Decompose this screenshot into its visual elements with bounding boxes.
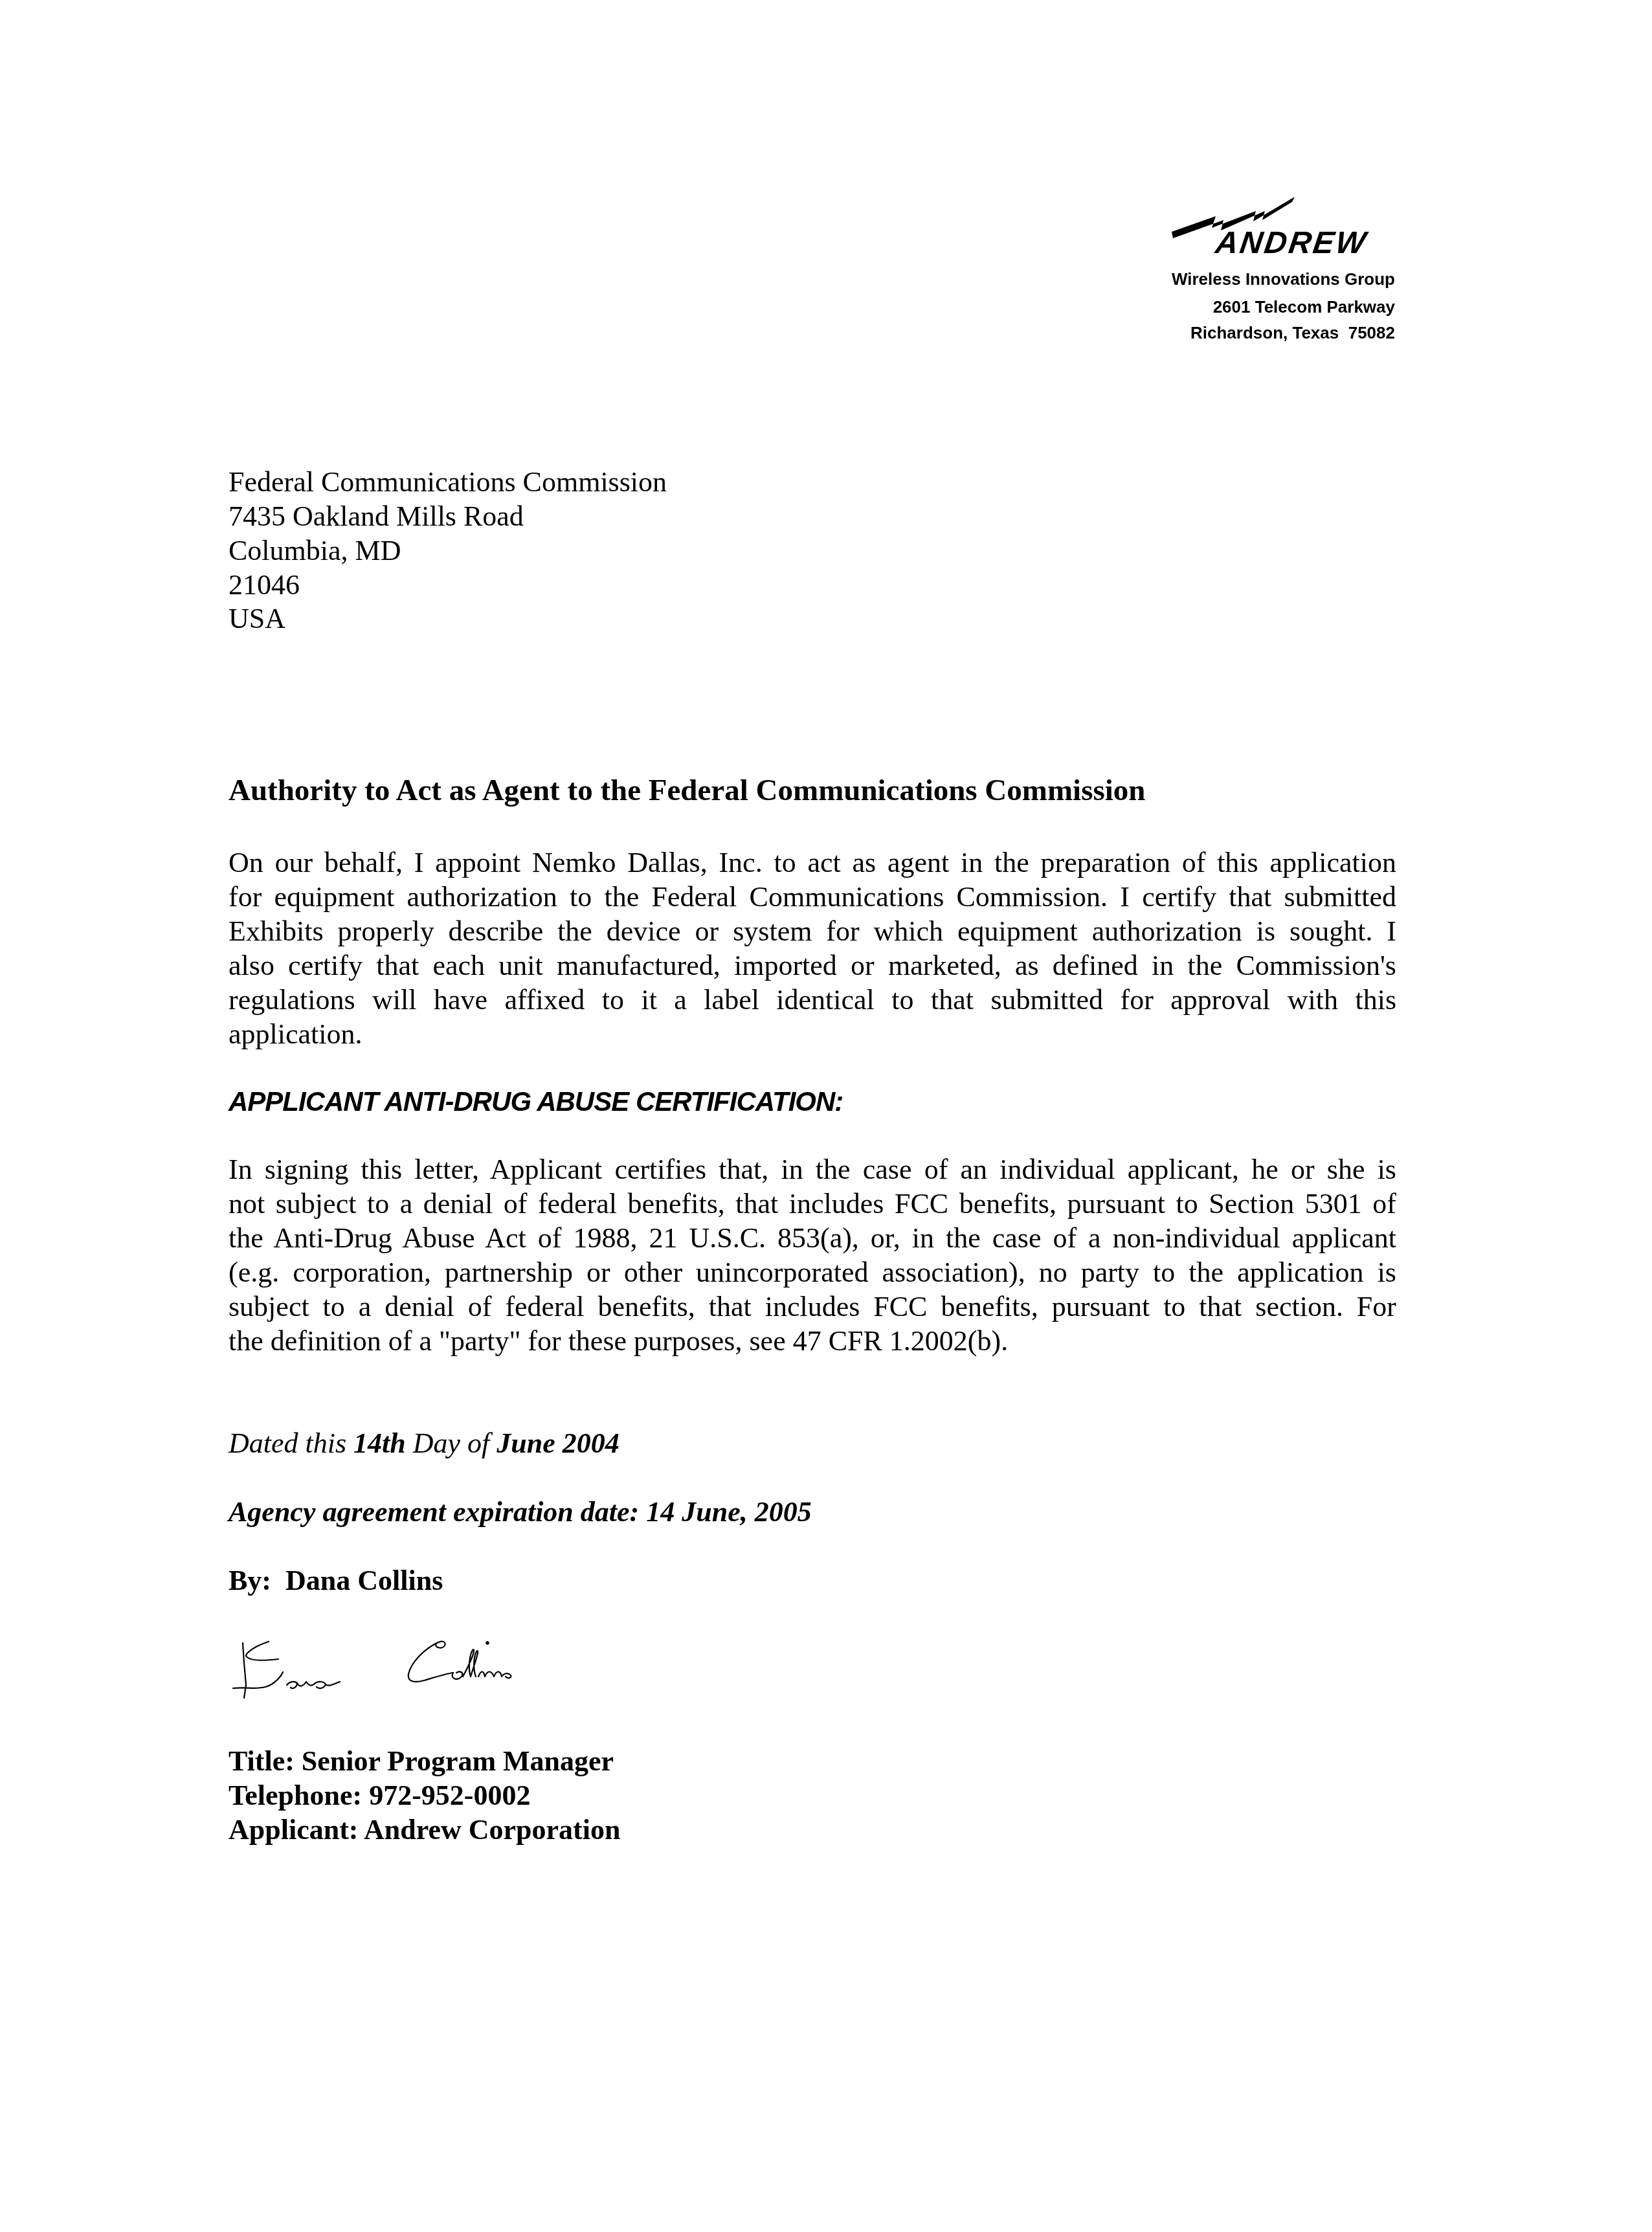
dated-month-year: June 2004 bbox=[497, 1427, 619, 1459]
letterhead-street: 2601 Telecom Parkway bbox=[1213, 297, 1395, 317]
title-line: Title: Senior Program Manager bbox=[229, 1745, 614, 1778]
letterhead-division: Wireless Innovations Group bbox=[1172, 269, 1395, 289]
recipient-street: 7435 Oakland Mills Road bbox=[229, 500, 524, 533]
applicant-value: Andrew Corporation bbox=[364, 1814, 620, 1846]
certification-heading: APPLICANT ANTI-DRUG ABUSE CERTIFICATION: bbox=[229, 1086, 843, 1118]
andrew-logo: ANDREW bbox=[1165, 188, 1405, 262]
applicant-label: Applicant: bbox=[229, 1814, 358, 1846]
signer-name: Dana Collins bbox=[285, 1565, 443, 1596]
expiration-line: Agency agreement expiration date: 14 Jun… bbox=[229, 1496, 812, 1528]
agent-paragraph-line: also certify that each unit manufactured… bbox=[229, 950, 1396, 982]
certification-line: the Anti-Drug Abuse Act of 1988, 21 U.S.… bbox=[229, 1222, 1396, 1255]
by-label: By: bbox=[229, 1565, 271, 1596]
agent-paragraph-line: Exhibits properly describe the device or… bbox=[229, 915, 1396, 948]
dated-prefix: Dated this bbox=[229, 1427, 353, 1459]
certification-line: not subject to a denial of federal benef… bbox=[229, 1188, 1396, 1220]
letterhead-city: Richardson, Texas 75082 bbox=[1190, 323, 1395, 342]
recipient-city-state: Columbia, MD bbox=[229, 535, 401, 567]
certification-line: In signing this letter, Applicant certif… bbox=[229, 1154, 1396, 1186]
page-title: Authority to Act as Agent to the Federal… bbox=[229, 774, 1145, 807]
certification-line: subject to a denial of federal benefits,… bbox=[229, 1291, 1396, 1323]
recipient-name: Federal Communications Commission bbox=[229, 466, 667, 498]
telephone-line: Telephone: 972-952-0002 bbox=[229, 1780, 531, 1812]
telephone-label: Telephone: bbox=[229, 1780, 362, 1811]
recipient-country: USA bbox=[229, 603, 285, 635]
expiration-label: Agency agreement expiration date: bbox=[229, 1496, 646, 1528]
dated-day: 14th bbox=[353, 1427, 406, 1459]
agent-paragraph-line: application. bbox=[229, 1018, 1396, 1051]
recipient-zip: 21046 bbox=[229, 569, 300, 601]
applicant-line: Applicant: Andrew Corporation bbox=[229, 1814, 620, 1846]
agent-paragraph-line: On our behalf, I appoint Nemko Dallas, I… bbox=[229, 847, 1396, 879]
certification-line: (e.g. corporation, partnership or other … bbox=[229, 1256, 1396, 1289]
company-logo-text: ANDREW bbox=[1214, 228, 1370, 259]
expiration-date: 14 June, 2005 bbox=[646, 1496, 811, 1528]
agent-paragraph-line: regulations will have affixed to it a la… bbox=[229, 984, 1396, 1016]
signer-line: By: Dana Collins bbox=[229, 1565, 443, 1597]
agent-paragraph-line: for equipment authorization to the Feder… bbox=[229, 881, 1396, 913]
letter-page: ANDREW Wireless Innovations Group 2601 T… bbox=[0, 0, 1652, 2232]
handwritten-signature: Dana Collins bbox=[230, 1636, 553, 1708]
certification-line: the definition of a "party" for these pu… bbox=[229, 1325, 1396, 1357]
dated-line: Dated this 14th Day of June 2004 bbox=[229, 1427, 619, 1460]
dated-middle: Day of bbox=[406, 1427, 497, 1459]
title-label: Title: bbox=[229, 1745, 295, 1777]
telephone-value: 972-952-0002 bbox=[369, 1780, 530, 1811]
title-value: Senior Program Manager bbox=[302, 1745, 614, 1777]
